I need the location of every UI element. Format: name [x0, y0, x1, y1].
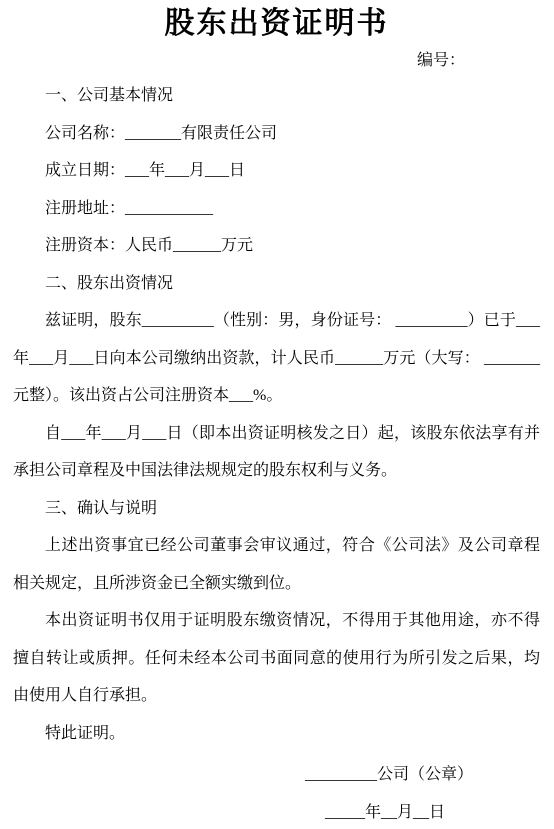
- usage-restriction-paragraph: 本出资证明书仅用于证明股东缴资情况，不得用于其他用途，亦不得擅自转让或质押。任何…: [13, 602, 540, 715]
- rights-obligations-paragraph: 自___年___月___日（即本出资证明核发之日）起，该股东依法享有并承担公司章…: [13, 415, 540, 490]
- board-approval-paragraph: 上述出资事宜已经公司董事会审议通过，符合《公司法》及公司章程相关规定，且所涉资金…: [13, 527, 540, 602]
- hereby-certify-paragraph: 特此证明。: [13, 715, 540, 753]
- registered-address-field: 注册地址：___________: [13, 190, 540, 228]
- establish-date-field: 成立日期：___年___月___日: [13, 152, 540, 190]
- document-title: 股东出资证明书: [13, 4, 540, 44]
- section-3-heading: 三、确认与说明: [13, 490, 540, 528]
- signature-date-line: _____年__月__日: [13, 794, 540, 829]
- document-page: 股东出资证明书 编号： 一、公司基本情况 公司名称：_______有限责任公司 …: [0, 0, 554, 829]
- document-body: 一、公司基本情况 公司名称：_______有限责任公司 成立日期：___年___…: [13, 77, 540, 752]
- section-1-heading: 一、公司基本情况: [13, 77, 540, 115]
- registered-capital-field: 注册资本：人民币______万元: [13, 227, 540, 265]
- signature-block: _________公司（公章） _____年__月__日: [13, 756, 540, 829]
- doc-number-field: 编号：: [13, 44, 540, 77]
- section-2-heading: 二、股东出资情况: [13, 265, 540, 303]
- doc-number-label: 编号：: [417, 52, 465, 69]
- contribution-statement-paragraph: 兹证明，股东_________（性别：男，身份证号： _________）已于_…: [13, 302, 540, 415]
- company-seal-line: _________公司（公章）: [13, 756, 540, 794]
- company-name-field: 公司名称：_______有限责任公司: [13, 115, 540, 153]
